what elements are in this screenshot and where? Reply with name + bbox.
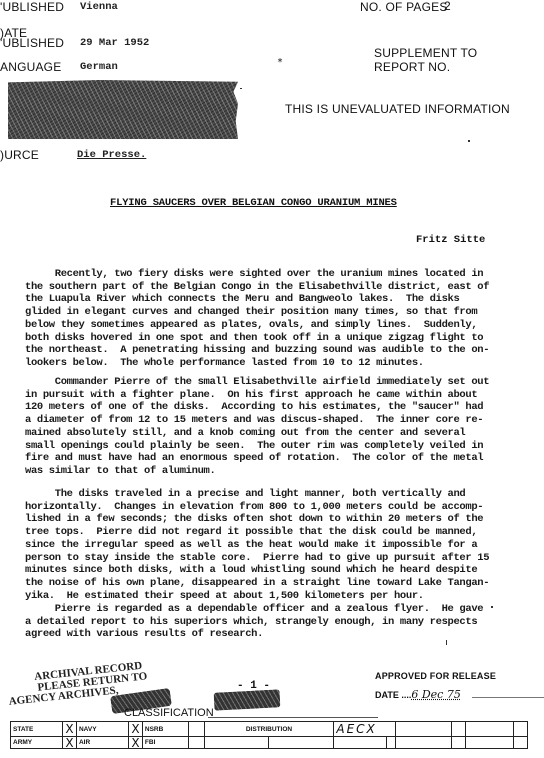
dist-empty-cell — [466, 722, 514, 737]
text-line: lookers below. The whole performance las… — [25, 357, 465, 370]
scan-speck — [240, 88, 242, 89]
text-line: small openings could plainly be seen. Th… — [25, 440, 465, 453]
text-line: the Luapula River which connects the Mer… — [25, 293, 465, 306]
paragraph-2: Commander Pierre of the small Elisabethv… — [25, 376, 465, 478]
stray-asterisk-mark: * — [277, 57, 283, 68]
redaction-block — [8, 80, 238, 139]
text-line: Commander Pierre of the small Elisabethv… — [25, 376, 465, 389]
dist-label-nsrb: NSRB — [142, 722, 188, 737]
dist-handwritten-aec: AECX — [334, 722, 396, 737]
text-line: below they sometimes appeared as plates,… — [25, 319, 465, 332]
text-line: horizontally. Changes in elevation from … — [25, 501, 465, 514]
dist-label-state: STATE — [11, 722, 63, 737]
text-line: agreed with various results of research. — [25, 628, 465, 641]
date-published-label-line2: 'UBLISHED — [0, 36, 64, 50]
table-row: ARMY X AIR X FBI — [11, 737, 528, 749]
no-of-pages-value: 2 — [444, 0, 451, 13]
place-published-value: Vienna — [80, 1, 118, 13]
approved-date-value: 6 Dec 75 — [411, 688, 460, 701]
text-line: was similar to that of aluminum. — [25, 465, 465, 478]
dist-empty-cell — [188, 722, 204, 737]
classification-rule — [208, 717, 378, 718]
text-line: the noise of his own plane, disappeared … — [25, 577, 465, 590]
scan-speck — [446, 640, 447, 645]
article-author: Fritz Sitte — [416, 234, 485, 246]
aec-text: AEC — [336, 722, 366, 736]
dist-empty-cell — [204, 737, 269, 749]
text-line: tree tops. Pierre did not regard it poss… — [25, 526, 465, 539]
text-line: 120 meters of one of the disks. Accordin… — [25, 401, 465, 414]
dist-check-state[interactable]: X — [63, 722, 77, 737]
dist-empty-cell — [466, 737, 514, 749]
aec-mark: X — [367, 722, 377, 736]
dist-empty-cell — [269, 737, 334, 749]
text-line: a detailed report to his superiors which… — [25, 616, 465, 629]
dist-check-navy[interactable]: X — [129, 722, 143, 737]
dist-empty-cell — [452, 737, 466, 749]
text-line: lished in a few seconds; the disks often… — [25, 513, 465, 526]
text-line: mained absolutely still, and a knob comi… — [25, 427, 465, 440]
dist-empty-cell — [514, 722, 528, 737]
approved-date-label: DATE .... — [375, 690, 411, 700]
supplement-line2: REPORT NO. — [374, 60, 450, 74]
place-published-label: 'UBLISHED — [0, 0, 64, 14]
scan-speck — [468, 140, 470, 142]
source-value: Die Presse. — [77, 149, 146, 161]
classification-redaction — [214, 689, 281, 710]
language-value: German — [80, 61, 118, 73]
source-label: )URCE — [0, 148, 39, 162]
dist-empty-cell — [452, 722, 466, 737]
dist-label-navy: NAVY — [76, 722, 128, 737]
dist-empty-cell — [386, 737, 396, 749]
article-title: FLYING SAUCERS OVER BELGIAN CONGO URANIU… — [110, 197, 397, 209]
scan-speck — [491, 606, 493, 608]
dist-empty-cell — [334, 737, 386, 749]
approved-for-release-label: APPROVED FOR RELEASE — [375, 671, 496, 681]
text-line: Recently, two fiery disks were sighted o… — [25, 268, 465, 281]
text-line: in pursuit with a fighter plane. On his … — [25, 389, 465, 402]
dist-check-army[interactable]: X — [63, 737, 77, 749]
distribution-header: DISTRIBUTION — [204, 722, 334, 737]
text-line: Pierre is regarded as a dependable offic… — [25, 603, 465, 616]
text-line: person to stay inside the stable core. P… — [25, 552, 465, 565]
paragraph-3: The disks traveled in a precise and ligh… — [25, 488, 465, 602]
dist-check-air[interactable]: X — [129, 737, 143, 749]
approved-date: DATE ....6 Dec 75 — [375, 688, 461, 701]
dist-empty-cell — [396, 722, 452, 737]
evaluation-notice: THIS IS UNEVALUATED INFORMATION — [285, 102, 510, 116]
dist-label-army: ARMY — [11, 737, 63, 749]
paragraph-4: Pierre is regarded as a dependable offic… — [25, 603, 465, 641]
approved-date-rule — [472, 697, 544, 698]
text-line: both disks hovered in one spot and then … — [25, 332, 465, 345]
classification-label: CLASSIFICATION — [124, 707, 214, 719]
dist-empty-cell — [188, 737, 204, 749]
distribution-table: STATE X NAVY X NSRB DISTRIBUTION AECX AR… — [10, 721, 528, 749]
text-line: the southern part of the Belgian Congo i… — [25, 281, 465, 294]
dist-label-fbi: FBI — [142, 737, 188, 749]
dist-empty-cell — [514, 737, 528, 749]
dist-label-air: AIR — [76, 737, 128, 749]
supplement-line1: SUPPLEMENT TO — [374, 46, 477, 60]
table-row: STATE X NAVY X NSRB DISTRIBUTION AECX — [11, 722, 528, 737]
date-published-value: 29 Mar 1952 — [80, 37, 149, 49]
no-of-pages-label: NO. OF PAGES — [360, 0, 448, 14]
text-line: glided in elegant curves and changed the… — [25, 306, 465, 319]
dist-empty-cell — [396, 737, 452, 749]
text-line: The disks traveled in a precise and ligh… — [25, 488, 465, 501]
text-line: minutes since both disks, with a loud wh… — [25, 564, 465, 577]
language-label: ANGUAGE — [0, 60, 61, 74]
text-line: the northeast. A penetrating hissing and… — [25, 344, 465, 357]
text-line: since the irregular speed as well as the… — [25, 539, 465, 552]
text-line: yika. He estimated their speed at about … — [25, 590, 465, 603]
paragraph-1: Recently, two fiery disks were sighted o… — [25, 268, 465, 370]
text-line: a diameter of from 12 to 15 meters and w… — [25, 414, 465, 427]
text-line: fire and must have had an enormous speed… — [25, 452, 465, 465]
